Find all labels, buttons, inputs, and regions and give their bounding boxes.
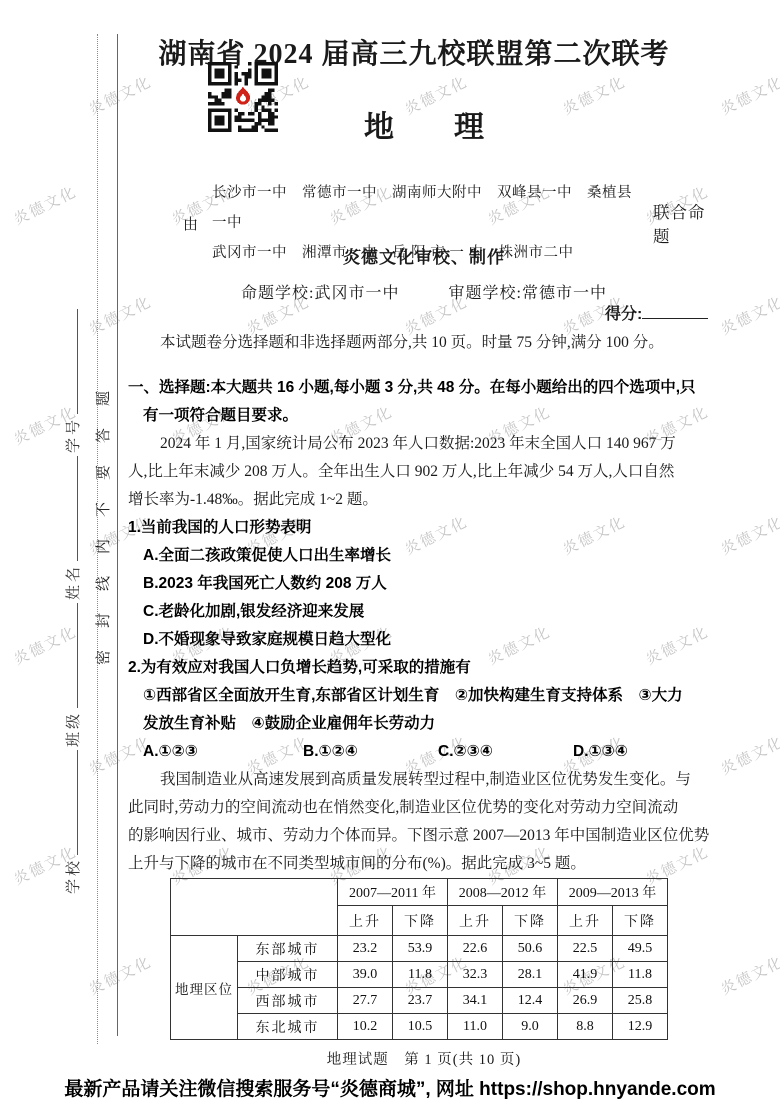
- table-subheader: 上升: [338, 906, 393, 936]
- table-city-cell: 东北城市: [238, 1014, 338, 1040]
- watermark-text: 炎德文化: [717, 511, 780, 560]
- table-subheader: 下降: [613, 906, 668, 936]
- table-row: 东北城市10.210.511.09.08.812.9: [171, 1014, 668, 1040]
- table-city-cell: 中部城市: [238, 962, 338, 988]
- table-value-cell: 39.0: [338, 962, 393, 988]
- passage-line: 增长率为-1.48‰。据此完成 1~2 题。: [128, 486, 720, 514]
- seal-warning-text: 密封线内不要答题: [96, 369, 112, 665]
- table-value-cell: 23.2: [338, 936, 393, 962]
- table-value-cell: 22.6: [448, 936, 503, 962]
- student-field-label: 学校: [66, 858, 82, 894]
- table-city-cell: 东部城市: [238, 936, 338, 962]
- question-1-option-a: A.全面二孩政策促使人口出生率增长: [128, 542, 720, 570]
- question-2-options-row: A.①②③B.①②④C.②③④D.①③④: [128, 738, 720, 766]
- score-blank-line: [642, 305, 708, 319]
- section-heading-line: 一、选择题:本大题共 16 小题,每小题 3 分,共 48 分。在每小题给出的四…: [128, 374, 720, 402]
- table-subheader: 下降: [503, 906, 558, 936]
- exam-paper-page: 炎德文化炎德文化炎德文化炎德文化炎德文化炎德文化炎德文化炎德文化炎德文化炎德文化…: [0, 0, 780, 1104]
- exam-note: 本试题卷分选择题和非选择题两部分,共 10 页。时量 75 分钟,满分 100 …: [128, 330, 664, 352]
- watermark-text: 炎德文化: [717, 291, 780, 340]
- student-field-label: 学号: [66, 417, 82, 453]
- table-value-cell: 53.9: [393, 936, 448, 962]
- question-1-option-c: C.老龄化加剧,银发经济迎来发展: [128, 598, 720, 626]
- table-value-cell: 12.9: [613, 1014, 668, 1040]
- table-value-cell: 10.5: [393, 1014, 448, 1040]
- question-2-items-line: 发放生育补贴 ④鼓励企业雇佣年长劳动力: [128, 710, 720, 738]
- student-field-blank-line: [64, 456, 78, 561]
- table-subheader: 上升: [448, 906, 503, 936]
- passage-line: 的影响因行业、城市、劳动力个体而异。下图示意 2007—2013 年中国制造业区…: [128, 822, 720, 850]
- table-year-header: 2009—2013 年: [558, 879, 668, 906]
- table-value-cell: 23.7: [393, 988, 448, 1014]
- section-heading-line: 有一项符合题目要求。: [128, 402, 720, 430]
- student-field-blank-line: [64, 750, 78, 855]
- student-field-label: 班级: [66, 711, 82, 747]
- table-value-cell: 49.5: [613, 936, 668, 962]
- school-row: 长沙市一中 常德市一中 湖南师大附中 双峰县一中 桑植县一中: [212, 178, 643, 238]
- setter-school: 命题学校:武冈市一中: [241, 285, 399, 302]
- table-value-cell: 11.0: [448, 1014, 503, 1040]
- question-1-option-d: D.不婚现象导致家庭规模日趋大型化: [128, 626, 720, 654]
- question-2-stem: 2.为有效应对我国人口负增长趋势,可采取的措施有: [128, 654, 720, 682]
- promo-line: 最新产品请关注微信搜索服务号“炎德商城”, 网址 https://shop.hn…: [0, 1074, 780, 1101]
- setter-reviewer-line: 命题学校:武冈市一中 审题学校:常德市一中: [128, 280, 720, 303]
- watermark-text: 炎德文化: [717, 731, 780, 780]
- score-field: 得分:: [605, 301, 708, 324]
- question-2-option-a: A.①②③: [143, 738, 303, 766]
- student-field-label: 姓名: [66, 564, 82, 600]
- watermark-text: 炎德文化: [717, 951, 780, 1000]
- table-row: 中部城市39.011.832.328.141.911.8: [171, 962, 668, 988]
- student-field-blank-line: [64, 603, 78, 708]
- table-year-header: 2008—2012 年: [448, 879, 558, 906]
- question-2-option-c: C.②③④: [438, 738, 573, 766]
- table-value-cell: 9.0: [503, 1014, 558, 1040]
- passage-line: 2024 年 1 月,国家统计局公布 2023 年人口数据:2023 年末全国人…: [128, 430, 720, 458]
- question-1-stem: 1.当前我国的人口形势表明: [128, 514, 720, 542]
- table-value-cell: 8.8: [558, 1014, 613, 1040]
- byline-suffix: 联合命题: [653, 199, 720, 247]
- table-value-cell: 34.1: [448, 988, 503, 1014]
- table-value-cell: 22.5: [558, 936, 613, 962]
- passage-line: 此同时,劳动力的空间流动也在悄然变化,制造业区位优势的变化对劳动力空间流动: [128, 794, 720, 822]
- table-value-cell: 11.8: [393, 962, 448, 988]
- question-2-option-d: D.①③④: [573, 738, 628, 766]
- table-subheader: 上升: [558, 906, 613, 936]
- question-2-items-line: ①西部省区全面放开生育,东部省区计划生育 ②加快构建生育支持体系 ③大力: [128, 682, 720, 710]
- question-1-option-b: B.2023 年我国死亡人数约 208 万人: [128, 570, 720, 598]
- question-2-option-b: B.①②④: [303, 738, 438, 766]
- location-advantage-table: 2007—2011 年2008—2012 年2009—2013 年上升下降上升下…: [170, 878, 668, 1040]
- paper-content: 湖南省 2024 届高三九校联盟第二次联考 地 理 由 长沙市一中 常德市一中 …: [128, 0, 720, 1104]
- passage-line: 人,比上年末减少 208 万人。全年出生人口 902 万人,比上年减少 54 万…: [128, 458, 720, 486]
- table-value-cell: 27.7: [338, 988, 393, 1014]
- table-value-cell: 26.9: [558, 988, 613, 1014]
- table-value-cell: 10.2: [338, 1014, 393, 1040]
- producer-line: 炎德文化审校、制作: [128, 243, 720, 268]
- watermark-text: 炎德文化: [717, 71, 780, 120]
- margin-rule-line: [117, 34, 118, 1036]
- passage-line: 上升与下降的城市在不同类型城市间的分布(%)。据此完成 3~5 题。: [128, 850, 720, 878]
- reviewer-school: 审题学校:常德市一中: [449, 285, 607, 302]
- table-value-cell: 11.8: [613, 962, 668, 988]
- table-row-group-label: 地理区位: [171, 936, 238, 1040]
- byline-prefix: 由: [183, 213, 198, 234]
- table-blank-header: [171, 879, 338, 936]
- page-footer: 地理试题 第 1 页(共 10 页): [128, 1048, 720, 1069]
- table-value-cell: 12.4: [503, 988, 558, 1014]
- subject-title: 地 理: [128, 102, 720, 146]
- watermark-text: 炎德文化: [10, 181, 80, 230]
- table-value-cell: 50.6: [503, 936, 558, 962]
- student-info-fields: 学校班级姓名学号: [64, 306, 83, 894]
- student-field-blank-line: [64, 309, 78, 414]
- table-value-cell: 41.9: [558, 962, 613, 988]
- score-label: 得分:: [605, 306, 642, 323]
- table-subheader: 下降: [393, 906, 448, 936]
- seal-warning: 密封线内不要答题: [96, 369, 113, 665]
- question-area: 一、选择题:本大题共 16 小题,每小题 3 分,共 48 分。在每小题给出的四…: [128, 374, 720, 878]
- table-value-cell: 32.3: [448, 962, 503, 988]
- table-city-cell: 西部城市: [238, 988, 338, 1014]
- table-value-cell: 25.8: [613, 988, 668, 1014]
- table-row: 地理区位东部城市23.253.922.650.622.549.5: [171, 936, 668, 962]
- table-row: 西部城市27.723.734.112.426.925.8: [171, 988, 668, 1014]
- table-year-header: 2007—2011 年: [338, 879, 448, 906]
- passage-line: 我国制造业从高速发展到高质量发展转型过程中,制造业区位优势发生变化。与: [128, 766, 720, 794]
- table-value-cell: 28.1: [503, 962, 558, 988]
